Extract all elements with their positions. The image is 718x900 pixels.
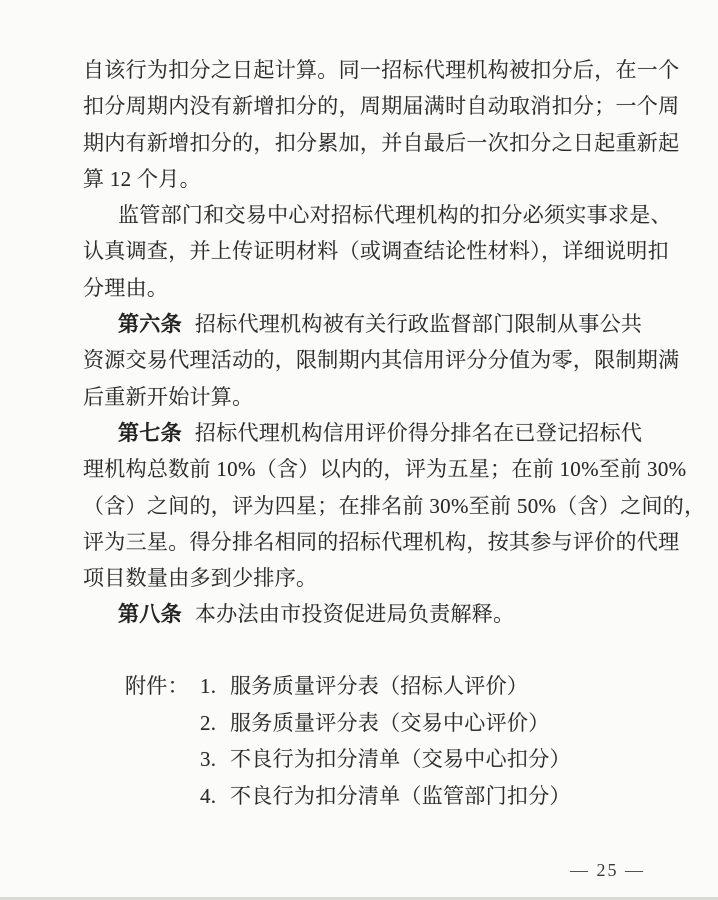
line-text: （含）之间的，评为四星；在排名前 30%至前 50%（含）之间的，	[83, 494, 705, 518]
text-line: 理机构总数前 10%（含）以内的，评为五星；在前 10%至前 30%	[83, 451, 705, 487]
line-text: 资源交易代理活动的，限制期内其信用评分分值为零，限制期满	[83, 348, 679, 372]
attachment-number: 4.	[200, 778, 230, 815]
line-text: 扣分周期内没有新增扣分的，周期届满时自动取消扣分；一个周	[83, 94, 679, 118]
attachment-title: 服务质量评分表（交易中心评价）	[230, 711, 550, 735]
text-line: （含）之间的，评为四星；在排名前 30%至前 50%（含）之间的，	[83, 488, 705, 524]
text-line: 后重新开始计算。	[83, 379, 705, 415]
line-text: 招标代理机构被有关行政监督部门限制从事公共	[195, 312, 642, 336]
line-text: 分理由。	[83, 276, 168, 300]
text-line: 算 12 个月。	[83, 161, 705, 197]
text-line: 认真调查，并上传证明材料（或调查结论性材料），详细说明扣	[83, 233, 705, 269]
attachment-item: 2.服务质量评分表（交易中心评价）	[125, 705, 571, 742]
line-text: 理机构总数前 10%（含）以内的，评为五星；在前 10%至前 30%	[83, 457, 686, 481]
attachment-item: 附件：1.服务质量评分表（招标人评价）	[125, 668, 571, 705]
attachments-list: 附件：1.服务质量评分表（招标人评价）2.服务质量评分表（交易中心评价）3.不良…	[125, 668, 571, 814]
attachments-label: 附件：	[125, 668, 200, 705]
text-line: 扣分周期内没有新增扣分的，周期届满时自动取消扣分；一个周	[83, 88, 705, 124]
article-number: 第七条	[118, 421, 182, 445]
line-text: 后重新开始计算。	[83, 385, 253, 409]
text-line: 期内有新增扣分的，扣分累加，并自最后一次扣分之日起重新起	[83, 125, 705, 161]
attachment-item: 4.不良行为扣分清单（监管部门扣分）	[125, 778, 571, 815]
text-line: 第六条招标代理机构被有关行政监督部门限制从事公共	[83, 306, 705, 342]
page-number: — 25 —	[570, 860, 645, 880]
attachment-number: 3.	[200, 741, 230, 778]
article-number: 第六条	[118, 312, 182, 336]
document-page: 自该行为扣分之日起计算。同一招标代理机构被扣分后，在一个扣分周期内没有新增扣分的…	[0, 0, 718, 900]
text-line: 自该行为扣分之日起计算。同一招标代理机构被扣分后，在一个	[83, 52, 705, 88]
text-line: 分理由。	[83, 270, 705, 306]
text-line: 第七条招标代理机构信用评价得分排名在已登记招标代	[83, 415, 705, 451]
line-text: 认真调查，并上传证明材料（或调查结论性材料），详细说明扣	[83, 239, 669, 263]
document-body: 自该行为扣分之日起计算。同一招标代理机构被扣分后，在一个扣分周期内没有新增扣分的…	[83, 52, 705, 633]
attachment-number: 1.	[200, 668, 230, 705]
line-text: 项目数量由多到少排序。	[83, 566, 317, 590]
line-text: 招标代理机构信用评价得分排名在已登记招标代	[195, 421, 642, 445]
article-number: 第八条	[118, 602, 182, 626]
line-text: 监管部门和交易中心对招标代理机构的扣分必须实事求是、	[118, 203, 672, 227]
attachment-title: 不良行为扣分清单（交易中心扣分）	[230, 747, 571, 771]
text-line: 监管部门和交易中心对招标代理机构的扣分必须实事求是、	[83, 197, 705, 233]
text-line: 项目数量由多到少排序。	[83, 560, 705, 596]
text-line: 第八条本办法由市投资促进局负责解释。	[83, 596, 705, 632]
page-footer: — 25 —	[570, 860, 645, 881]
attachment-item: 3.不良行为扣分清单（交易中心扣分）	[125, 741, 571, 778]
text-line: 评为三星。得分排名相同的招标代理机构，按其参与评价的代理	[83, 524, 705, 560]
text-line: 资源交易代理活动的，限制期内其信用评分分值为零，限制期满	[83, 342, 705, 378]
line-text: 本办法由市投资促进局负责解释。	[195, 602, 515, 626]
line-text: 自该行为扣分之日起计算。同一招标代理机构被扣分后，在一个	[83, 58, 679, 82]
attachment-title: 不良行为扣分清单（监管部门扣分）	[230, 784, 571, 808]
line-text: 算 12 个月。	[83, 167, 201, 191]
attachment-title: 服务质量评分表（招标人评价）	[230, 674, 528, 698]
attachment-number: 2.	[200, 705, 230, 742]
line-text: 期内有新增扣分的，扣分累加，并自最后一次扣分之日起重新起	[83, 131, 679, 155]
line-text: 评为三星。得分排名相同的招标代理机构，按其参与评价的代理	[83, 530, 679, 554]
